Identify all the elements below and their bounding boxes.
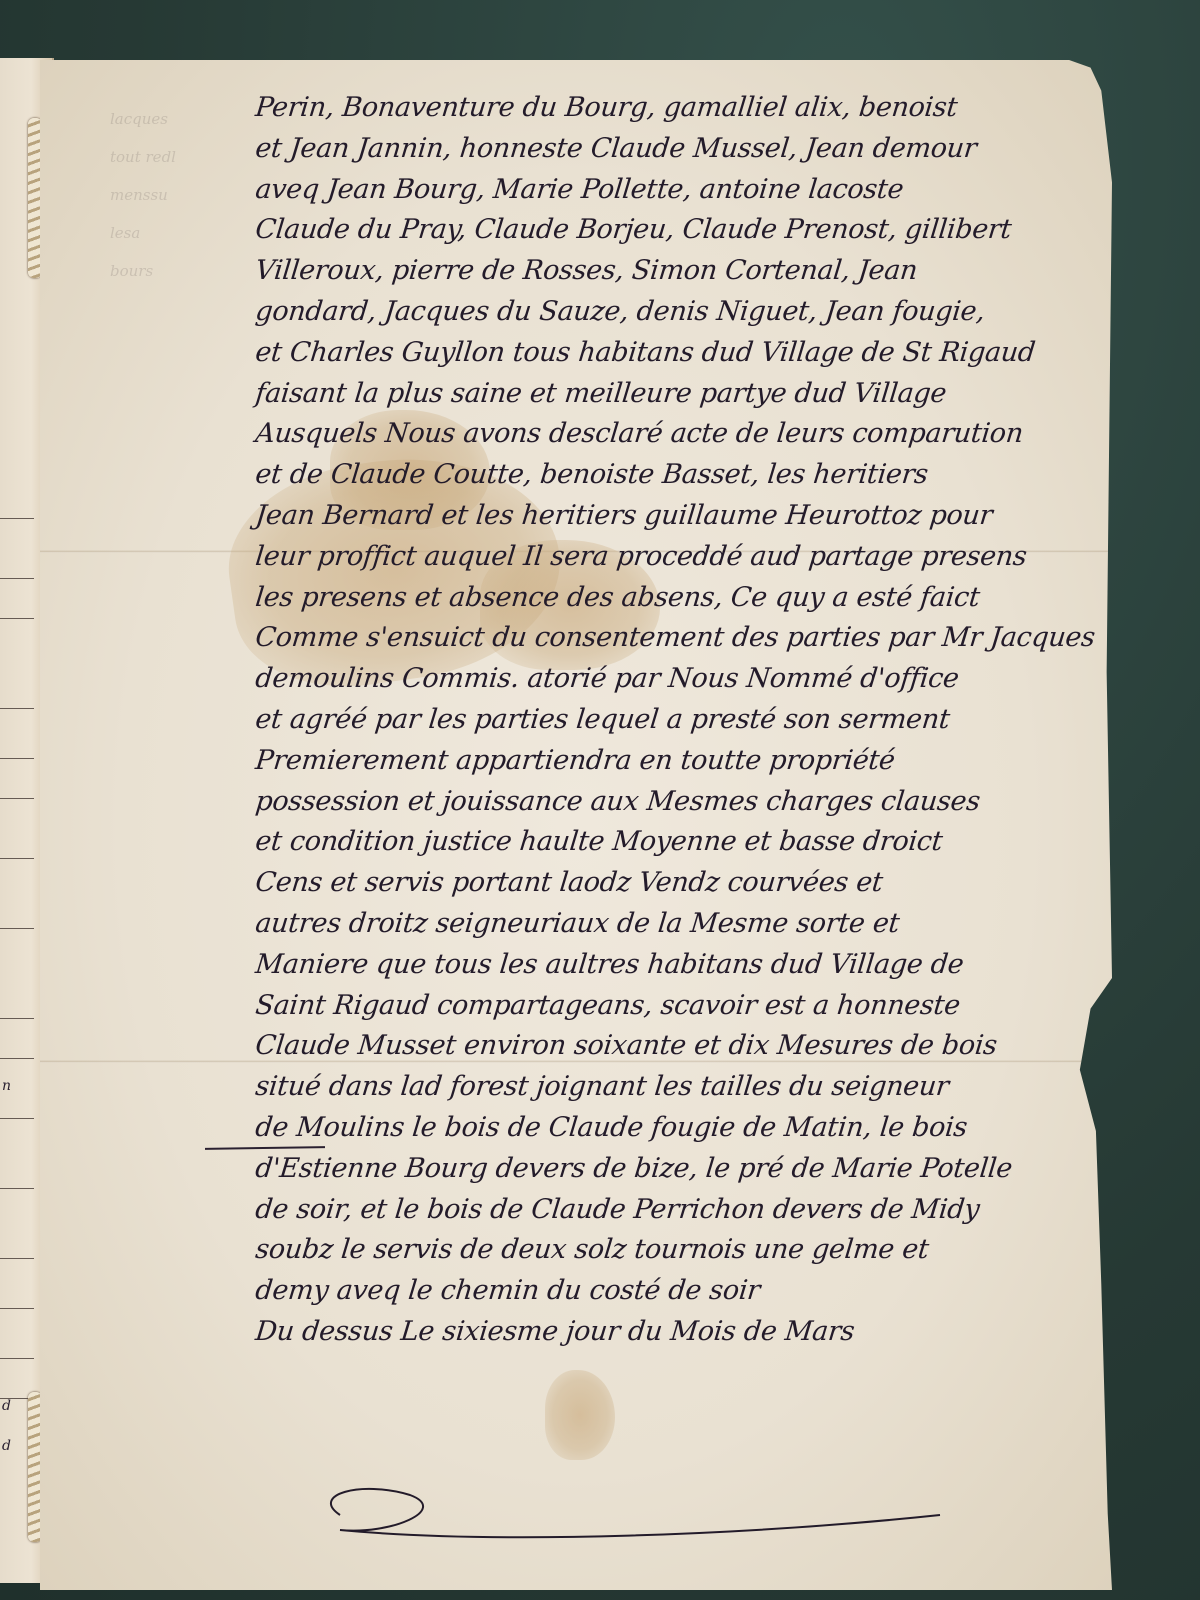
facing-page-fragment: d xyxy=(2,1438,11,1454)
manuscript-line: les presens et absence des absens, Ce qu… xyxy=(253,582,1117,623)
facing-page-fragment: n xyxy=(2,1078,11,1094)
facing-page-line xyxy=(0,518,34,519)
handwritten-text-block: Perin, Bonaventure du Bourg, gamalliel a… xyxy=(255,92,1115,1357)
binding-thread xyxy=(28,118,42,278)
manuscript-line: et de Claude Coutte, benoiste Basset, le… xyxy=(253,459,1117,500)
manuscript-line: Perin, Bonaventure du Bourg, gamalliel a… xyxy=(253,92,1117,133)
manuscript-line: situé dans lad forest joignant les taill… xyxy=(253,1071,1117,1112)
facing-page-line xyxy=(0,1118,34,1119)
facing-page-line xyxy=(0,758,34,759)
facing-page-line xyxy=(0,858,34,859)
facing-page-line xyxy=(0,618,34,619)
manuscript-line: demy aveq le chemin du costé de soir xyxy=(253,1275,1117,1316)
manuscript-line: possession et jouissance aux Mesmes char… xyxy=(253,786,1117,827)
facing-page-line xyxy=(0,928,34,929)
manuscript-line: Saint Rigaud compartageans, scavoir est … xyxy=(253,990,1117,1031)
facing-page-line xyxy=(0,1358,34,1359)
manuscript-line: Claude du Pray, Claude Borjeu, Claude Pr… xyxy=(253,214,1117,255)
manuscript-line: Du dessus Le sixiesme jour du Mois de Ma… xyxy=(253,1316,1117,1357)
manuscript-line: Villeroux, pierre de Rosses, Simon Corte… xyxy=(253,255,1117,296)
facing-page-line xyxy=(0,1188,34,1189)
binding-thread xyxy=(28,1392,42,1542)
manuscript-line: de soir, et le bois de Claude Perrichon … xyxy=(253,1194,1117,1235)
facing-page-line xyxy=(0,1308,34,1309)
manuscript-line: aveq Jean Bourg, Marie Pollette, antoine… xyxy=(253,174,1117,215)
facing-page-line xyxy=(0,1018,34,1019)
manuscript-line: Ausquels Nous avons desclaré acte de leu… xyxy=(253,418,1117,459)
manuscript-line: et agréé par les parties lequel a presté… xyxy=(253,704,1117,745)
manuscript-line: faisant la plus saine et meilleure party… xyxy=(253,378,1117,419)
manuscript-line: Claude Musset environ soixante et dix Me… xyxy=(253,1030,1117,1071)
facing-page-line xyxy=(0,1058,34,1059)
facing-page-line xyxy=(0,578,34,579)
manuscript-line: Maniere que tous les aultres habitans du… xyxy=(253,949,1117,990)
facing-page-line xyxy=(0,708,34,709)
manuscript-line: gondard, Jacques du Sauze, denis Niguet,… xyxy=(253,296,1117,337)
manuscript-line: autres droitz seigneuriaux de la Mesme s… xyxy=(253,908,1117,949)
manuscript-line: demoulins Commis. atorié par Nous Nommé … xyxy=(253,663,1117,704)
manuscript-line: Cens et servis portant laodz Vendz courv… xyxy=(253,867,1117,908)
facing-page-line xyxy=(0,1258,34,1259)
manuscript-line: leur proffict auquel Il sera proceddé au… xyxy=(253,541,1117,582)
manuscript-line: soubz le servis de deux solz tournois un… xyxy=(253,1234,1117,1275)
manuscript-line: et Jean Jannin, honneste Claude Mussel, … xyxy=(253,133,1117,174)
manuscript-line: Premierement appartiendra en toutte prop… xyxy=(253,745,1117,786)
facing-page-line xyxy=(0,798,34,799)
manuscript-line: Comme s'ensuict du consentement des part… xyxy=(253,622,1117,663)
manuscript-line: d'Estienne Bourg devers de bize, le pré … xyxy=(253,1153,1117,1194)
facing-page-fragment: d xyxy=(2,1398,11,1414)
manuscript-line: Jean Bernard et les heritiers guillaume … xyxy=(253,500,1117,541)
signature-flourish xyxy=(300,1475,980,1545)
water-stain xyxy=(545,1370,615,1460)
manuscript-line: et Charles Guyllon tous habitans dud Vil… xyxy=(253,337,1117,378)
manuscript-line: de Moulins le bois de Claude fougie de M… xyxy=(253,1112,1117,1153)
manuscript-line: et condition justice haulte Moyenne et b… xyxy=(253,826,1117,867)
